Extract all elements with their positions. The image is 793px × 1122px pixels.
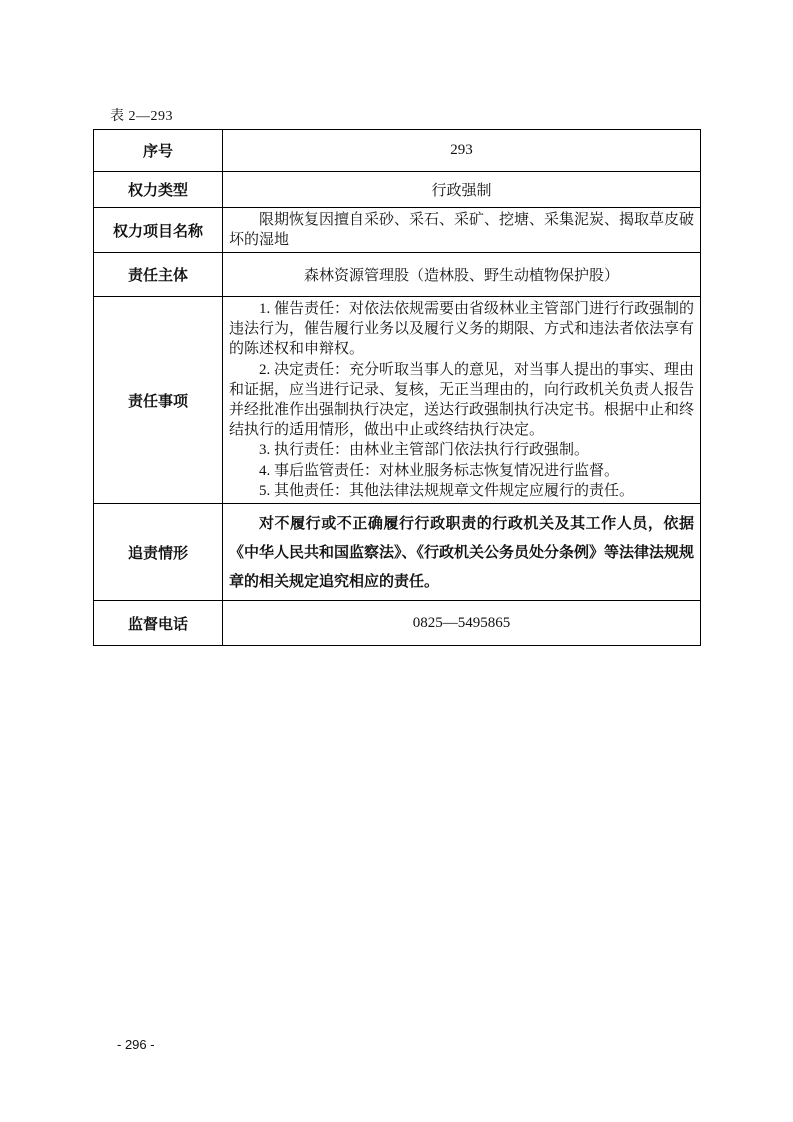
row-value-power-type: 行政强制 <box>223 172 701 208</box>
row-label-supervision-phone: 监督电话 <box>94 601 223 646</box>
responsibility-item-3: 3. 执行责任：由林业主管部门依法执行行政强制。 <box>229 440 694 460</box>
responsibility-item-4: 4. 事后监管责任：对林业服务标志恢复情况进行监督。 <box>229 461 694 481</box>
table-row-power-type: 权力类型 行政强制 <box>94 172 701 208</box>
table-row-supervision-phone: 监督电话 0825—5495865 <box>94 601 701 646</box>
table-caption: 表 2—293 <box>110 105 173 125</box>
row-value-accountability: 对不履行或不正确履行行政职责的行政机关及其工作人员，依据《中华人民共和国监察法》… <box>223 504 701 601</box>
responsibility-item-1: 1. 催告责任：对依法依规需要由省级林业主管部门进行行政强制的违法行为，催告履行… <box>229 299 694 360</box>
responsibility-item-2: 2. 决定责任：充分听取当事人的意见，对当事人提出的事实、理由和证据，应当进行记… <box>229 360 694 441</box>
table-row-power-item-name: 权力项目名称 限期恢复因擅自采砂、采石、采矿、挖塘、采集泥炭、揭取草皮破坏的湿地 <box>94 208 701 253</box>
responsibility-item-5: 5. 其他责任：其他法律法规规章文件规定应履行的责任。 <box>229 481 694 501</box>
row-value-responsible-entity: 森林资源管理股（造林股、野生动植物保护股） <box>223 253 701 297</box>
responsibility-table: 序号 293 权力类型 行政强制 权力项目名称 限期恢复因擅自采砂、采石、采矿、… <box>93 129 701 646</box>
table-row-responsible-entity: 责任主体 森林资源管理股（造林股、野生动植物保护股） <box>94 253 701 297</box>
row-label-power-type: 权力类型 <box>94 172 223 208</box>
row-label-serial-number: 序号 <box>94 130 223 172</box>
row-value-supervision-phone: 0825—5495865 <box>223 601 701 646</box>
table-row-serial-number: 序号 293 <box>94 130 701 172</box>
row-label-responsibility-items: 责任事项 <box>94 297 223 504</box>
row-value-responsibility-items: 1. 催告责任：对依法依规需要由省级林业主管部门进行行政强制的违法行为，催告履行… <box>223 297 701 504</box>
page-number: - 296 - <box>117 1037 155 1052</box>
table-row-accountability: 追责情形 对不履行或不正确履行行政职责的行政机关及其工作人员，依据《中华人民共和… <box>94 504 701 601</box>
row-label-power-item-name: 权力项目名称 <box>94 208 223 253</box>
row-value-serial-number: 293 <box>223 130 701 172</box>
row-label-responsible-entity: 责任主体 <box>94 253 223 297</box>
table-row-responsibility-items: 责任事项 1. 催告责任：对依法依规需要由省级林业主管部门进行行政强制的违法行为… <box>94 297 701 504</box>
power-item-name-paragraph: 限期恢复因擅自采砂、采石、采矿、挖塘、采集泥炭、揭取草皮破坏的湿地 <box>229 210 694 250</box>
row-value-power-item-name: 限期恢复因擅自采砂、采石、采矿、挖塘、采集泥炭、揭取草皮破坏的湿地 <box>223 208 701 253</box>
accountability-paragraph: 对不履行或不正确履行行政职责的行政机关及其工作人员，依据《中华人民共和国监察法》… <box>229 509 694 596</box>
row-label-accountability: 追责情形 <box>94 504 223 601</box>
document-page: 表 2—293 序号 293 权力类型 行政强制 权力项目名称 限期恢复因擅自采… <box>0 0 793 1122</box>
